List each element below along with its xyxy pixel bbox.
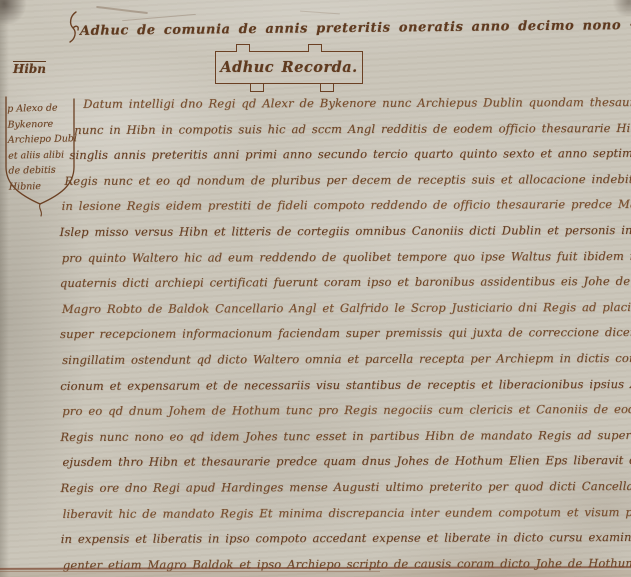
parchment-left-edge <box>0 0 9 577</box>
manuscript-line: pro quinto Waltero hic ad eum reddendo d… <box>62 244 628 272</box>
manuscript-line: Regis nunc nono eo qd idem Johes tunc es… <box>60 423 628 451</box>
scratch-mark <box>122 14 196 21</box>
manuscript-page: Adhuc de comunia de annis preteritis one… <box>0 0 631 577</box>
manuscript-line: in expensis et liberatis in ipso compoto… <box>61 525 629 553</box>
manuscript-line: Datum intelligi dno Regi qd Alexr de Byk… <box>83 90 627 117</box>
manuscript-line: pro eo qd dnum Johem de Hothum tunc pro … <box>62 397 628 425</box>
manuscript-line: super recepcionem informacionum facienda… <box>60 320 628 348</box>
manuscript-line: nunc in Hibn in compotis suis hic ad scc… <box>74 116 627 144</box>
manuscript-line: in lesione Regis eidem prestiti de fidel… <box>62 192 628 220</box>
stain-top-right <box>611 0 631 16</box>
manuscript-body: Datum intelligi dno Regi qd Alexr de Byk… <box>59 90 629 577</box>
manuscript-line: liberavit hic de mandato Regis Et minima… <box>63 500 629 528</box>
margin-region-label: Hibn <box>13 62 46 76</box>
paraph-flourish <box>66 10 80 44</box>
parchment-bottom-edge <box>0 570 631 577</box>
manuscript-line: singlis annis preteritis anni primi anno… <box>69 141 627 169</box>
manuscript-line: quaternis dicti archiepi certificati fue… <box>60 269 628 297</box>
scratch-mark <box>300 11 340 15</box>
manuscript-line: ejusdem thro Hibn et thesaurarie predce … <box>62 448 628 476</box>
roll-heading: Adhuc de comunia de annis preteritis one… <box>80 18 620 39</box>
scratch-mark <box>96 6 148 14</box>
section-title-box: Adhuc Recorda. <box>215 51 363 84</box>
manuscript-line: singillatim ostendunt qd dicto Waltero o… <box>62 346 628 374</box>
manuscript-line: Magro Robto de Baldok Cancellario Angl e… <box>62 295 628 323</box>
manuscript-line: Regis nunc et eo qd nondum de pluribus p… <box>64 167 627 195</box>
section-title: Adhuc Recorda. <box>220 59 357 76</box>
manuscript-line: Islep misso versus Hibn et litteris de c… <box>60 218 628 246</box>
manuscript-line: Regis ore dno Regi apud Hardinges mense … <box>60 474 628 502</box>
manuscript-line: cionum et expensarum et de necessariis v… <box>60 372 628 400</box>
crenellation <box>308 44 322 52</box>
crenellation <box>236 44 250 52</box>
